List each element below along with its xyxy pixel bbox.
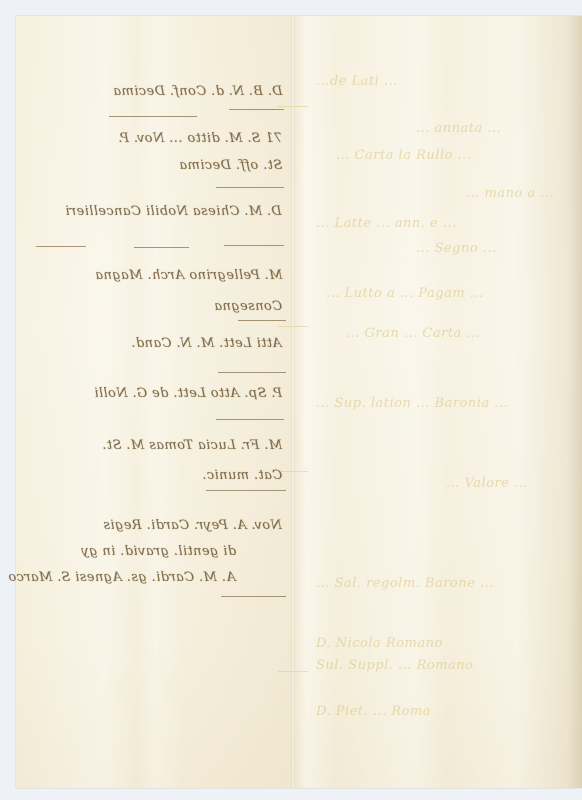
- ghost-line: ... Segno ...: [416, 241, 497, 256]
- entry-text: Atti Lett. M. N. Cand.: [131, 336, 282, 351]
- divider-rule: [109, 116, 197, 117]
- entry-text: M. Pellegrino Arch. Magna: [95, 268, 283, 283]
- ledger-entries: D. B. N. d. Conf. Decima 71 S. M. ditto …: [16, 16, 296, 788]
- ghost-line: ... Carta la Rullo ...: [336, 148, 471, 163]
- ghost-line: D. Nicola Romano: [316, 636, 443, 651]
- divider-rule: [238, 320, 286, 321]
- ghost-line: Sul. Suppl. ... Romano: [316, 658, 473, 673]
- manuscript-page: ...de Lati ... ... annata ... ... Carta …: [16, 16, 582, 788]
- divider-rule: [216, 419, 284, 420]
- entry-text: 71 S. M. ditto ... Nov. P.: [118, 131, 282, 146]
- divider-rule: [206, 490, 286, 491]
- entry-text: St. off. Decima: [179, 158, 282, 173]
- ghost-line: ... mano a ...: [466, 186, 554, 201]
- divider-rule: [216, 187, 284, 188]
- entry-text: Consegna: [214, 299, 282, 314]
- divider-rule: [218, 372, 286, 373]
- divider-rule: [224, 245, 284, 246]
- ghost-line: ... annata ...: [416, 121, 501, 136]
- divider-rule: [221, 596, 286, 597]
- entry-text: A. M. Cardi. gs. Agnesi S. Marco: [8, 570, 236, 585]
- page-edge-shadow: [568, 16, 582, 788]
- entry-text: D. M. Chiesa Nobili Cancellieri: [65, 204, 282, 219]
- entry-text: M. Fr. Lucia Tomas M. St.: [102, 438, 282, 453]
- ghost-line: D. Piet. ... Roma: [316, 704, 431, 719]
- entry-text: di gentil. gravid. in gy: [81, 544, 236, 559]
- divider-rule: [134, 247, 189, 248]
- entry-text: P. Sp. Atto Lett. de G. Nolli: [94, 386, 282, 401]
- entry-text: Nov. A. Peyr. Cardi. Regis: [103, 518, 282, 533]
- ghost-line: ... Sal. regolm. Barone ...: [316, 576, 494, 591]
- entry-text: D. B. N. d. Conf. Decima: [113, 84, 282, 99]
- divider-rule: [229, 109, 284, 110]
- ghost-line: ... Gran ... Carta ...: [346, 326, 480, 341]
- ghost-line: ... Valore ...: [446, 476, 528, 491]
- ghost-line: ...de Lati ...: [316, 74, 398, 89]
- ghost-line: ... Latte ... ann. e ...: [316, 216, 457, 231]
- scan-background: ...de Lati ... ... annata ... ... Carta …: [0, 0, 582, 800]
- divider-rule: [36, 246, 86, 247]
- ghost-line: ... Sup. lation ... Baronia ...: [316, 396, 508, 411]
- ghost-line: ... Lutto a ... Pagam ...: [326, 286, 484, 301]
- entry-text: Cat. munic.: [202, 468, 282, 483]
